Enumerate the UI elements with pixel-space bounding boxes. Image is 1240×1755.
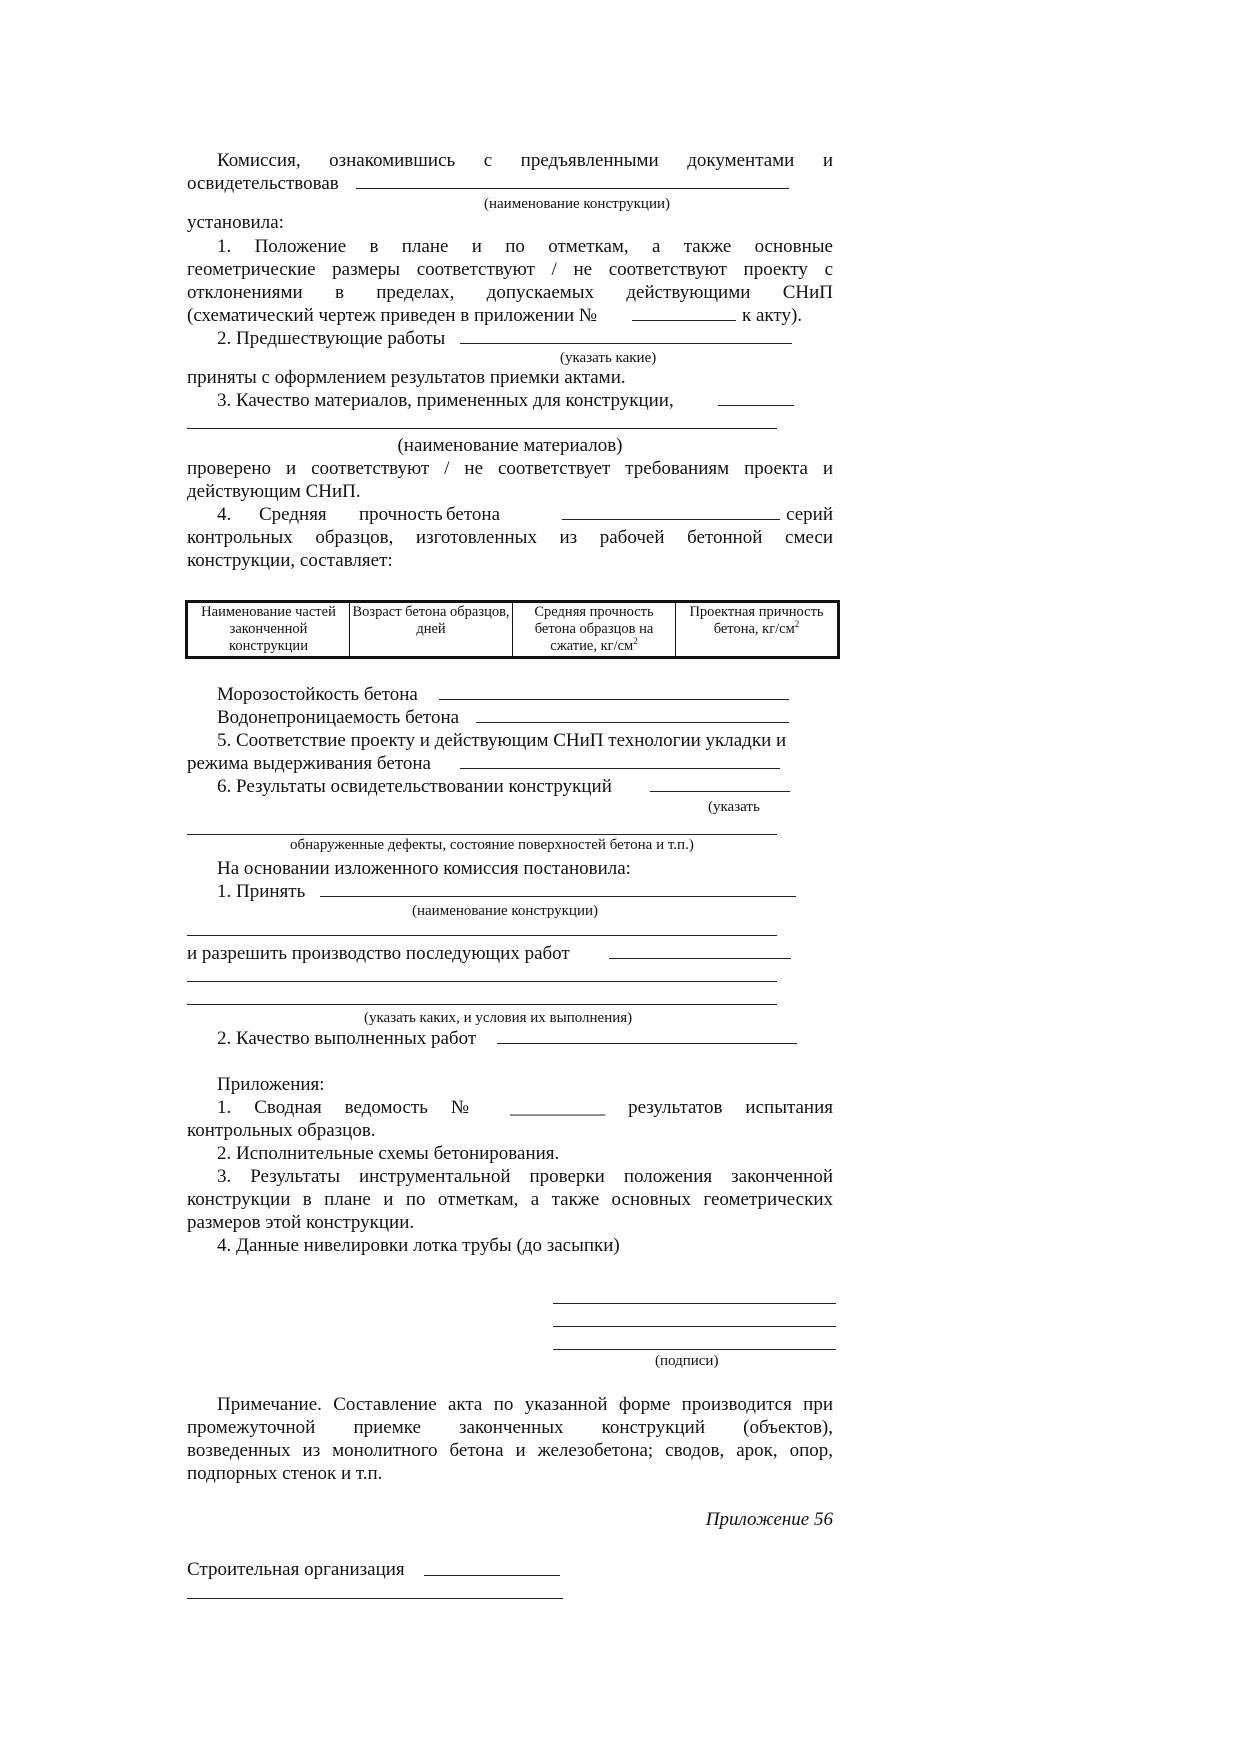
item3-continuation-1: проверено и соответствуют / не соответст…: [187, 457, 833, 480]
series-blank[interactable]: [562, 519, 780, 520]
appendix-number-blank[interactable]: [632, 320, 736, 321]
attachment-3-line-1: 3. Результаты инструментальной проверки …: [187, 1165, 833, 1188]
hint-which: (указать какие): [560, 350, 680, 367]
item5-line-2: режима выдерживания бетона: [187, 752, 833, 775]
curing-blank[interactable]: [460, 768, 780, 769]
item2-continuation: приняты с оформлением результатов приемк…: [187, 366, 833, 389]
hint-signatures: (подписи): [655, 1353, 735, 1370]
decision-label: На основании изложенного комиссия постан…: [187, 857, 833, 880]
attachment-1-line-1: 1. Сводная ведомость № __________ резуль…: [187, 1096, 833, 1119]
subsequent-works-blank[interactable]: [609, 958, 791, 959]
attachment-1-line-2: контрольных образцов.: [187, 1119, 833, 1142]
signature-line-3[interactable]: [553, 1349, 836, 1350]
item4-line-3: конструкции, составляет:: [187, 549, 833, 572]
item1-line-3: отклонениями в пределах, допускаемых дей…: [187, 281, 833, 304]
note-line-1: Примечание. Составление акта по указанно…: [187, 1393, 833, 1416]
hint-materials: (наименование материалов): [370, 434, 650, 457]
accept-blank[interactable]: [320, 896, 796, 897]
attachment-3-line-3: размеров этой конструкции.: [187, 1211, 833, 1234]
item4-line-2: контрольных образцов, изготовленных из р…: [187, 526, 833, 549]
table-header-cell: Проектная причность бетона, кг/см2: [676, 602, 839, 658]
note-line-4: подпорных стенок и т.п.: [187, 1462, 833, 1485]
previous-works-blank[interactable]: [460, 343, 792, 344]
subsequent-works-blank-3[interactable]: [187, 1004, 777, 1005]
signature-line-2[interactable]: [553, 1326, 836, 1327]
item1-line-1: 1. Положение в плане и по отметкам, а та…: [187, 235, 833, 258]
strength-table: Наименование частей законченной конструк…: [185, 600, 840, 659]
allow-label: и разрешить производство последующих раб…: [187, 942, 833, 965]
item1-line-4: (схематический чертеж приведен в приложе…: [187, 304, 833, 327]
hint-construction-2: (наименование конструкции): [412, 903, 612, 920]
subsequent-works-blank-2[interactable]: [187, 981, 777, 982]
materials-blank-2[interactable]: [187, 428, 777, 429]
quality-label: 2. Качество выполненных работ: [187, 1027, 833, 1050]
attachment-2: 2. Исполнительные схемы бетонирования.: [187, 1142, 833, 1165]
document-page: Комиссия, ознакомившись с предъявленными…: [0, 0, 1240, 1755]
attachment-4: 4. Данные нивелировки лотка трубы (до за…: [187, 1234, 833, 1257]
table-header-cell: Возраст бетона образцов, дней: [350, 602, 513, 658]
construction-blank[interactable]: [356, 188, 789, 189]
table-header-cell: Средняя прочность бетона образцов на сжа…: [513, 602, 676, 658]
item3-label: 3. Качество материалов, примененных для …: [187, 389, 833, 412]
water-blank[interactable]: [476, 722, 789, 723]
note-line-3: возведенных из монолитного бетона и желе…: [187, 1439, 833, 1462]
item1-line-4-end: к акту).: [742, 304, 842, 327]
table-header-cell: Наименование частей законченной конструк…: [187, 602, 350, 658]
water-label: Водонепроницаемость бетона: [187, 706, 833, 729]
organization-blank-2[interactable]: [187, 1598, 563, 1599]
item3-continuation-2: действующим СНиП.: [187, 480, 833, 503]
intro-line-1: Комиссия, ознакомившись с предъявленными…: [187, 149, 833, 172]
inspection-blank-1[interactable]: [650, 791, 790, 792]
table-header-row: Наименование частей законченной конструк…: [187, 602, 839, 658]
attachment-3-line-2: конструкции в плане и по отметкам, а так…: [187, 1188, 833, 1211]
item2-label: 2. Предшествующие работы: [187, 327, 833, 350]
hint-which-conditions: (указать каких, и условия их выполнения): [364, 1010, 684, 1027]
quality-blank[interactable]: [497, 1043, 797, 1044]
signature-line-1[interactable]: [553, 1303, 836, 1304]
inspection-blank-2[interactable]: [187, 834, 777, 835]
hint-indicate: (указать: [708, 799, 808, 816]
note-line-2: промежуточной приемке законченных констр…: [187, 1416, 833, 1439]
hint-defects: обнаруженные дефекты, состояние поверхно…: [290, 837, 790, 854]
item5-line-1: 5. Соответствие проекту и действующим СН…: [187, 729, 833, 752]
established-label: установила:: [187, 211, 833, 234]
item6-label: 6. Результаты освидетельствовании констр…: [187, 775, 833, 798]
organization-label: Строительная организация: [187, 1558, 833, 1581]
attachments-title: Приложения:: [187, 1073, 833, 1096]
frost-blank[interactable]: [439, 699, 789, 700]
appendix-label: Приложение 56: [187, 1508, 833, 1531]
accept-blank-2[interactable]: [187, 935, 777, 936]
item1-line-2: геометрические размеры соответствуют / н…: [187, 258, 833, 281]
accept-label: 1. Принять: [187, 880, 833, 903]
organization-blank[interactable]: [424, 1575, 560, 1576]
intro-line-2: освидетельствовав: [187, 172, 833, 195]
materials-blank-1[interactable]: [718, 405, 794, 406]
frost-label: Морозостойкость бетона: [187, 683, 833, 706]
